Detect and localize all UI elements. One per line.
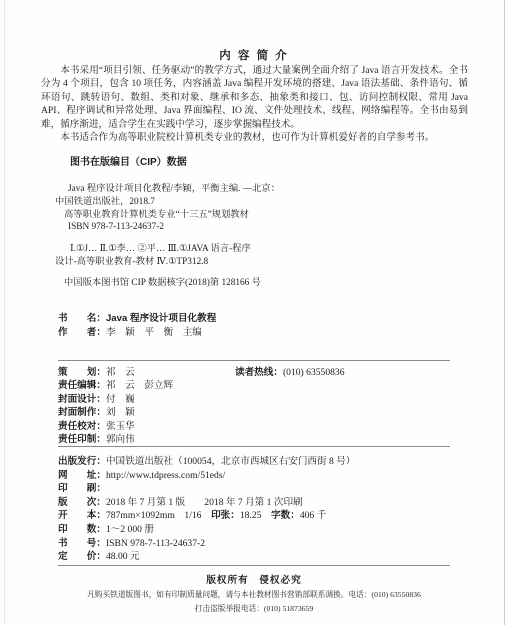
price-value: 48.00 元 [106,551,140,562]
staff-row-cover-design: 封面设计：付 巍 [58,393,450,406]
sheets-value: 18.25 [240,510,271,521]
row-label: 责任印制： [58,434,106,445]
words-value: 406 千 [300,510,326,521]
price-row: 定 价：48.00 元 [58,550,468,564]
row-label: 责任编辑： [58,380,106,391]
cip-line: 中国版本图书馆 CIP 数据核字(2018)第 128166 号 [55,277,395,290]
isbn-value: ISBN 978-7-113-24637-2 [106,538,205,549]
book-author-row: 作 者：李 颖 平 衡 主编 [58,326,216,340]
intro-paragraph: 本书采用“项目引领、任务驱动”的教学方式，通过大量案例全面介绍了 Java 语言… [41,64,468,131]
row-label: 开 本： [58,510,106,521]
cip-header: 图书在版编目（CIP）数据 [70,153,187,168]
quality-note: 凡购买铁道版图书，如有印制质量问题，请与本社教材图书营销部联系调换。电话：(01… [0,589,508,600]
row-label: 书 名： [58,313,106,324]
scan-edge-right [504,0,505,625]
staff-row-cover-production: 封面制作：刘 颖 [58,406,450,419]
title-block: 书 名：Java 程序设计项目化教程 作 者：李 颖 平 衡 主编 [58,312,216,340]
cip-line: 高等职业教育计算机类专业“十三五”规划教材 [55,209,395,222]
hotline-number: (010) 63550836 [283,367,345,378]
staff-row-print-supervisor: 责任印制：郭向伟 [58,433,450,446]
copyright-notice: 版权所有 侵权必究 [0,572,508,586]
book-author-value: 李 颖 平 衡 主编 [106,327,202,338]
piracy-hotline-note: 打击盗版举报电话：(010) 51873659 [0,603,508,614]
website-row: 网 址：http://www.tdpress.com/51eds/ [58,469,468,483]
staff-block: 策 划：祁 云 读者热线：(010) 63550836 责任编辑：祁 云 彭立辉… [58,366,450,446]
intro-title: 内 容 简 介 [0,47,508,63]
row-label: 印 刷： [58,483,106,494]
isbn-row: 书 号：ISBN 978-7-113-24637-2 [58,537,468,551]
staff-row-editor: 责任编辑：祁 云 彭立辉 [58,379,450,392]
intro-body: 本书采用“项目引领、任务驱动”的教学方式，通过大量案例全面介绍了 Java 语言… [41,64,468,144]
edition-row: 版 次：2018 年 7 月第 1 版 2018 年 7 月第 1 次印刷 [58,496,468,510]
cip-line: 设计-高等职业教育-教材 Ⅳ.①TP312.8 [55,256,395,269]
publish-block: 出版发行：中国铁道出版社（100054，北京市西城区右安门西街 8 号） 网 址… [58,455,468,564]
row-label: 责任校对： [58,421,106,432]
format-size: 787mm×1092mm 1/16 [106,510,211,521]
row-label: 版 次： [58,497,106,508]
cip-line: Ⅰ.①J… Ⅱ.①李… ②平… Ⅲ.①JAVA 语言-程序 [55,243,395,256]
cip-line: 中国铁道出版社，2018.7 [55,196,395,209]
words-label: 字数： [271,510,300,521]
intro-paragraph: 本书适合作为高等职业院校计算机类专业的教材，也可作为计算机爱好者的自学参考书。 [41,131,468,144]
cip-line: Java 程序设计项目化教程/李颖，平衡主编. —北京： [55,183,395,196]
row-label: 印 数： [58,524,106,535]
cip-gap [55,234,395,243]
publisher-row: 出版发行：中国铁道出版社（100054，北京市西城区右安门西街 8 号） [58,455,468,469]
row-label: 网 址： [58,470,106,481]
staff-row-planner: 策 划：祁 云 读者热线：(010) 63550836 [58,366,450,379]
row-label: 封面制作： [58,407,106,418]
website-url: http://www.tdpress.com/51eds/ [106,470,225,481]
sheets-label: 印张： [211,510,240,521]
print-run-row: 印 数：1～2 000 册 [58,523,468,537]
reader-hotline: 读者热线：(010) 63550836 [235,366,345,379]
cip-block: Java 程序设计项目化教程/李颖，平衡主编. —北京： 中国铁道出版社，201… [55,183,395,290]
cip-line: ISBN 978-7-113-24637-2 [55,221,395,234]
book-title-value: Java 程序设计项目化教程 [106,313,216,324]
row-label: 定 价： [58,551,106,562]
divider-line [58,360,450,361]
format-row: 开 本：787mm×1092mm 1/16 印张：18.25 字数：406 千 [58,509,468,523]
cip-gap [55,269,395,277]
printer-row: 印 刷： [58,482,468,496]
book-title-row: 书 名：Java 程序设计项目化教程 [58,312,216,326]
row-label: 出版发行： [58,456,106,467]
row-label: 作 者： [58,327,106,338]
hotline-label: 读者热线： [235,367,283,378]
divider-line [58,446,450,447]
row-label: 封面设计： [58,394,106,405]
divider-line [58,565,450,566]
scan-edge-left [4,0,5,625]
book-copyright-page: 内 容 简 介 本书采用“项目引领、任务驱动”的教学方式，通过大量案例全面介绍了… [0,0,508,625]
row-label: 书 号： [58,538,106,549]
row-label: 策 划： [58,367,106,378]
staff-row-proofreader: 责任校对：张玉华 [58,420,450,433]
